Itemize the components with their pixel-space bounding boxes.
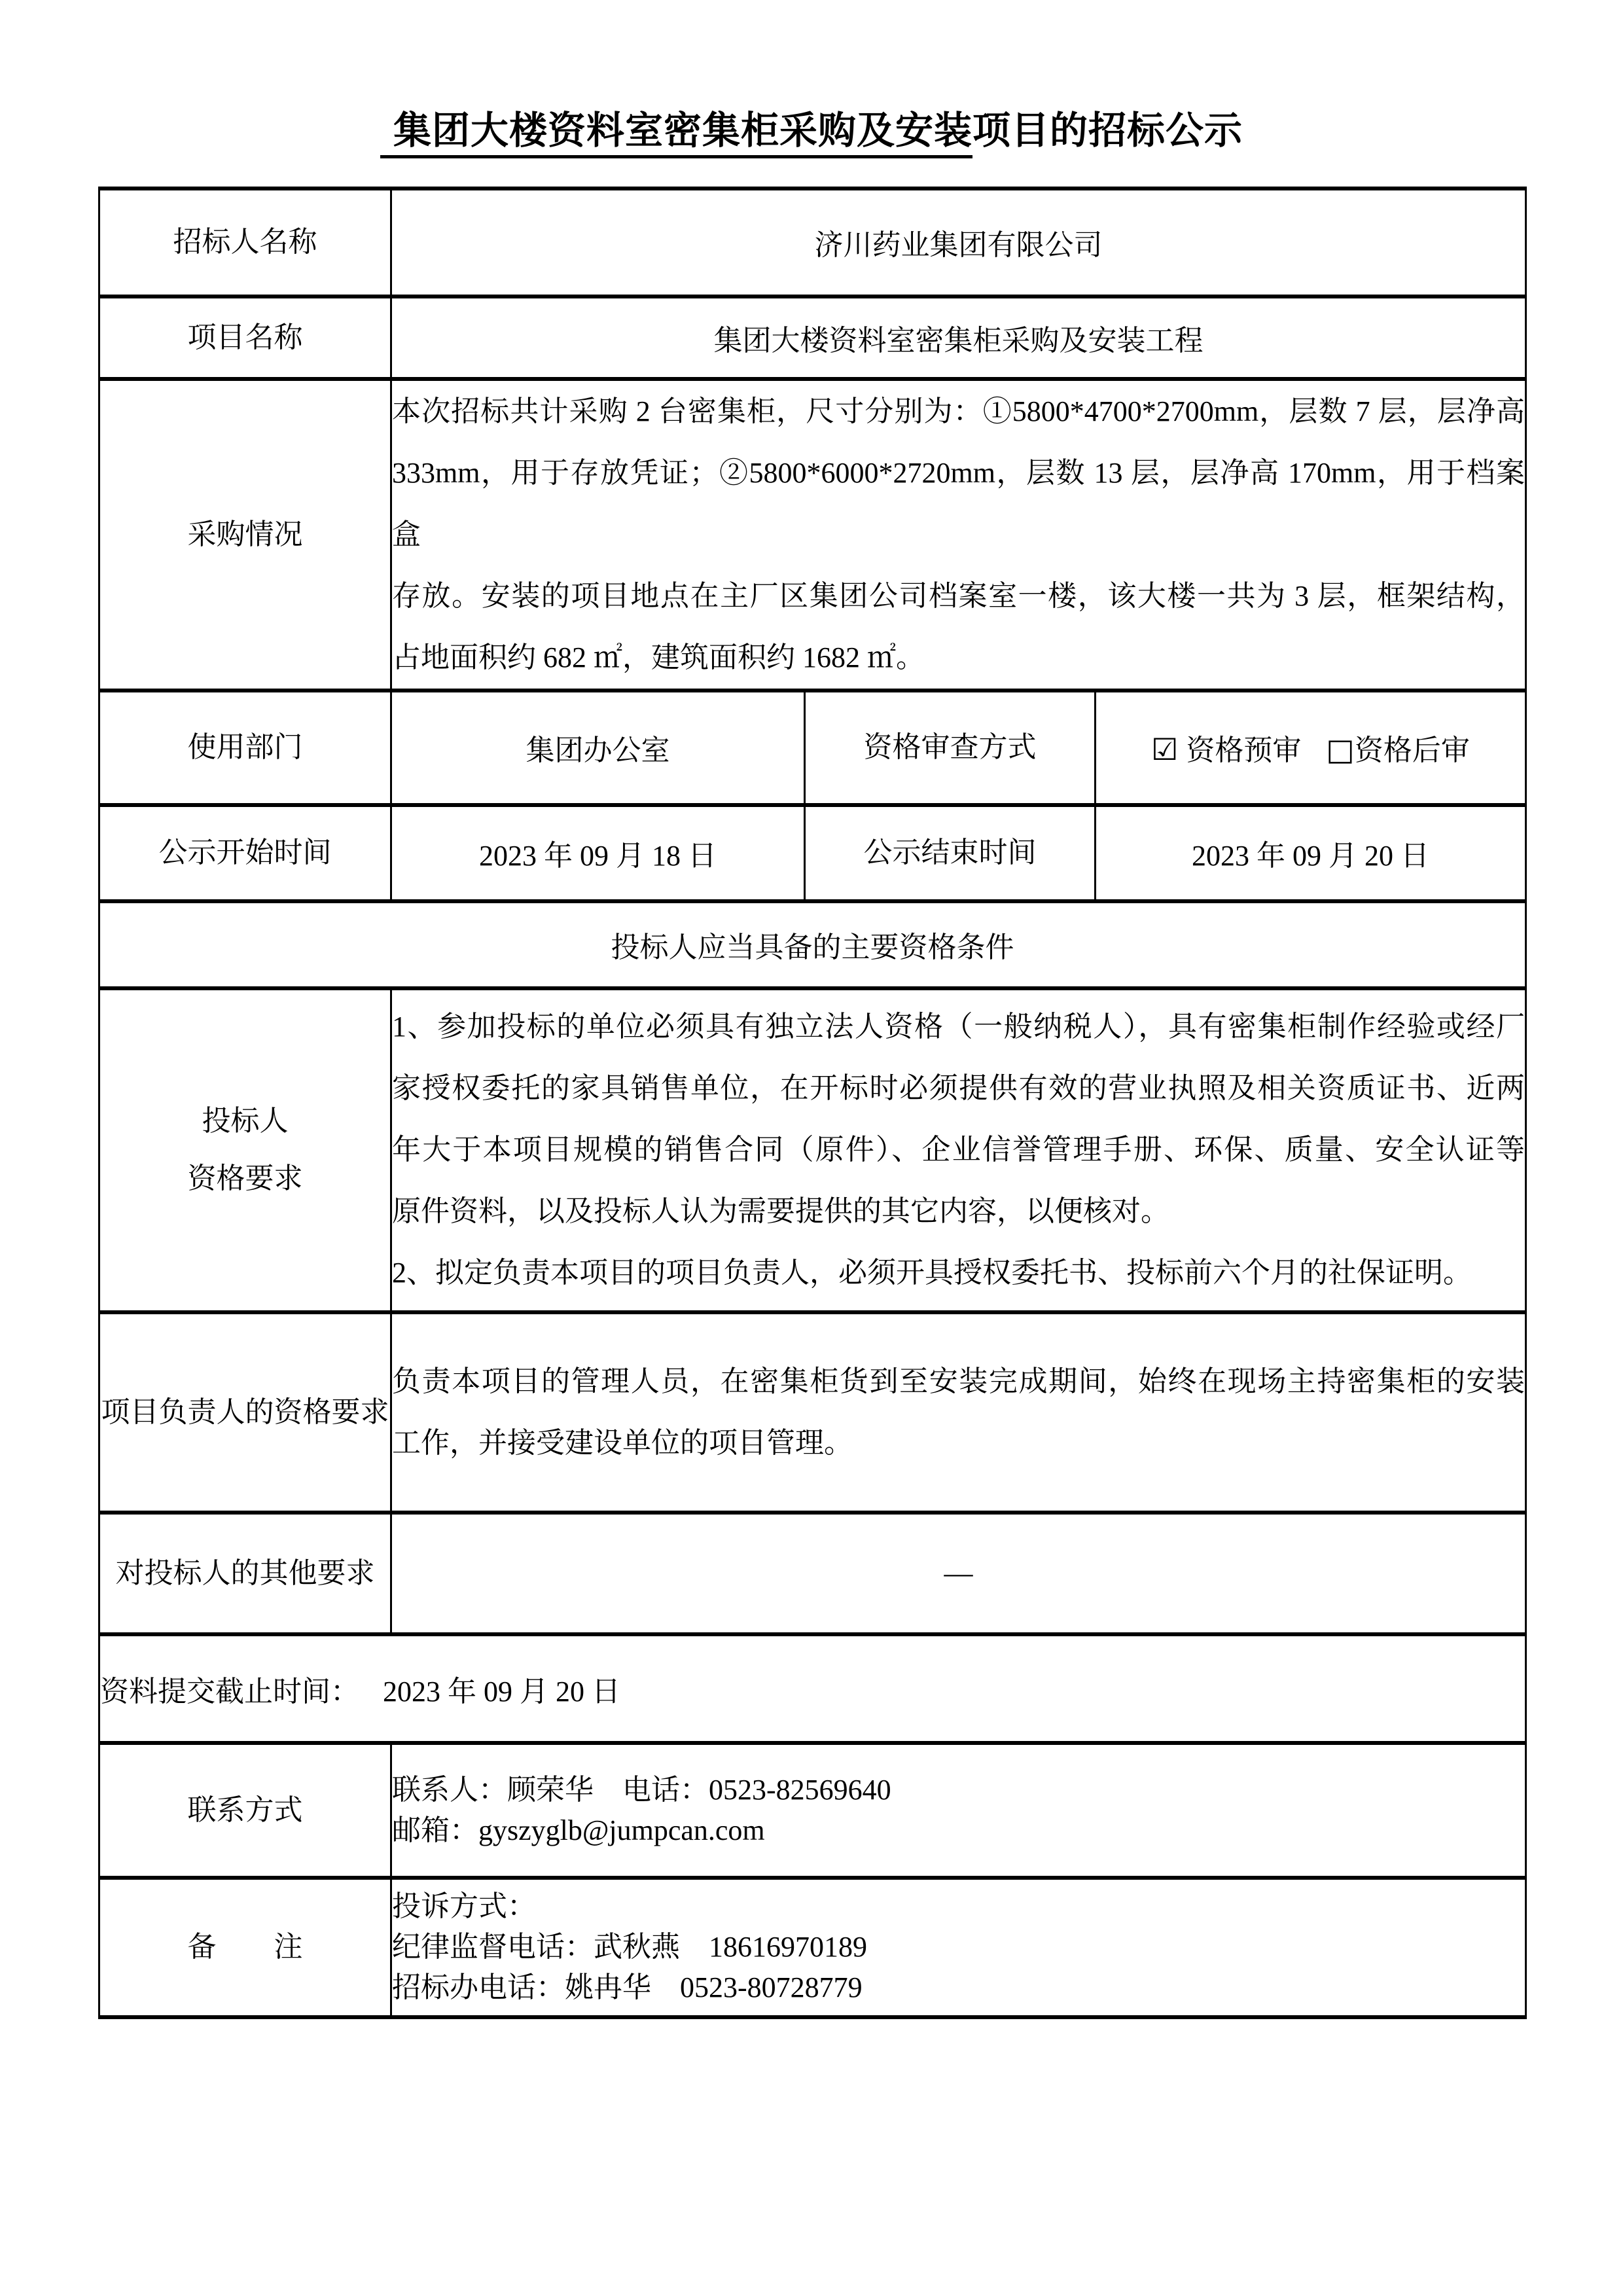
publicity-end-value: 2023 年 09 月 20 日 bbox=[1096, 805, 1526, 901]
manager-qualification-value: 负责本项目的管理人员，在密集柜货到至安装完成期间，始终在现场主持密集柜的安装 工… bbox=[391, 1312, 1526, 1513]
procurement-label: 采购情况 bbox=[99, 379, 391, 691]
title-rest-text: 项目的招标公示 bbox=[972, 109, 1243, 152]
bidder-qualification-line: 年大于本项目规模的销售合同（原件）、企业信誉管理手册、环保、质量、安全认证等 bbox=[392, 1119, 1525, 1181]
table-row-remarks: 备注 投诉方式： 纪律监督电话：武秋燕 18616970189 招标办电话：姚冉… bbox=[99, 1878, 1526, 2017]
publicity-end-label: 公示结束时间 bbox=[805, 805, 1096, 901]
document-page: 集团大楼资料室密集柜采购及安装项目的招标公示 招标人名称 济川药业集团有限公司 … bbox=[0, 0, 1623, 2296]
table-row-department: 使用部门 集团办公室 资格审查方式 ☑资格预审□资格后审 bbox=[99, 691, 1526, 805]
bidder-qualification-line: 原件资料，以及投标人认为需要提供的其它内容，以便核对。 bbox=[392, 1181, 1525, 1242]
bidder-qualification-line: 2、拟定负责本项目的项目负责人，必须开具授权委托书、投标前六个月的社保证明。 bbox=[392, 1242, 1525, 1304]
title-underlined-text: 集团大楼资料室密集柜采购及安装 bbox=[380, 109, 972, 158]
bidder-qualification-label-line2: 资格要求 bbox=[100, 1150, 390, 1208]
manager-qualification-line: 负责本项目的管理人员，在密集柜货到至安装完成期间，始终在现场主持密集柜的安装 bbox=[392, 1351, 1525, 1412]
tender-table: 招标人名称 济川药业集团有限公司 项目名称 集团大楼资料室密集柜采购及安装工程 … bbox=[98, 187, 1527, 2019]
other-requirements-value: — bbox=[391, 1513, 1526, 1634]
page-title: 集团大楼资料室密集柜采购及安装项目的招标公示 bbox=[0, 0, 1623, 154]
review-prequalification-label: 资格预审 bbox=[1186, 734, 1301, 766]
table-row-bidder: 招标人名称 济川药业集团有限公司 bbox=[99, 188, 1526, 296]
review-method-value: ☑资格预审□资格后审 bbox=[1096, 691, 1526, 805]
department-label: 使用部门 bbox=[99, 691, 391, 805]
table-row-other-requirements: 对投标人的其他要求 — bbox=[99, 1513, 1526, 1634]
project-label: 项目名称 bbox=[99, 296, 391, 379]
deadline-label: 资料提交截止时间： bbox=[100, 1676, 359, 1708]
contact-label: 联系方式 bbox=[99, 1743, 391, 1878]
remarks-line: 投诉方式： bbox=[392, 1886, 1525, 1927]
checkbox-checked-icon: ☑ bbox=[1151, 732, 1178, 767]
remarks-line: 招标办电话：姚冉华 0523-80728779 bbox=[392, 1967, 1525, 2008]
remarks-label: 备注 bbox=[99, 1878, 391, 2017]
table-row-publicity-dates: 公示开始时间 2023 年 09 月 18 日 公示结束时间 2023 年 09… bbox=[99, 805, 1526, 901]
remarks-line: 纪律监督电话：武秋燕 18616970189 bbox=[392, 1927, 1525, 1967]
table-row-contact: 联系方式 联系人：顾荣华 电话：0523-82569640 邮箱：gyszygl… bbox=[99, 1743, 1526, 1878]
table-row-qualification-header: 投标人应当具备的主要资格条件 bbox=[99, 901, 1526, 988]
procurement-line: 本次招标共计采购 2 台密集柜，尺寸分别为：①5800*4700*2700mm，… bbox=[392, 381, 1525, 442]
contact-line: 联系人：顾荣华 电话：0523-82569640 bbox=[392, 1770, 1525, 1810]
review-method-label: 资格审查方式 bbox=[805, 691, 1096, 805]
other-requirements-label: 对投标人的其他要求 bbox=[99, 1513, 391, 1634]
publicity-start-label: 公示开始时间 bbox=[99, 805, 391, 901]
procurement-value: 本次招标共计采购 2 台密集柜，尺寸分别为：①5800*4700*2700mm，… bbox=[391, 379, 1526, 691]
deadline-value: 2023 年 09 月 20 日 bbox=[383, 1676, 620, 1708]
bidder-qualification-line: 家授权委托的家具销售单位，在开标时必须提供有效的营业执照及相关资质证书、近两 bbox=[392, 1058, 1525, 1119]
deadline-cell: 资料提交截止时间：2023 年 09 月 20 日 bbox=[99, 1634, 1526, 1743]
bidder-qualification-line: 1、参加投标的单位必须具有独立法人资格（一般纳税人），具有密集柜制作经验或经厂 bbox=[392, 996, 1525, 1058]
table-row-bidder-qualification: 投标人 资格要求 1、参加投标的单位必须具有独立法人资格（一般纳税人），具有密集… bbox=[99, 988, 1526, 1312]
table-row-manager-qualification: 项目负责人的资格要求 负责本项目的管理人员，在密集柜货到至安装完成期间，始终在现… bbox=[99, 1312, 1526, 1513]
review-postqualification-label: 资格后审 bbox=[1355, 734, 1470, 766]
contact-line: 邮箱：gyszyglb@jumpcan.com bbox=[392, 1810, 1525, 1851]
remarks-label-text: 备注 bbox=[188, 1926, 303, 1969]
remarks-value: 投诉方式： 纪律监督电话：武秋燕 18616970189 招标办电话：姚冉华 0… bbox=[391, 1878, 1526, 2017]
table-row-deadline: 资料提交截止时间：2023 年 09 月 20 日 bbox=[99, 1634, 1526, 1743]
bidder-qualification-label-line1: 投标人 bbox=[100, 1092, 390, 1150]
bidder-value: 济川药业集团有限公司 bbox=[391, 188, 1526, 296]
table-row-project: 项目名称 集团大楼资料室密集柜采购及安装工程 bbox=[99, 296, 1526, 379]
project-value: 集团大楼资料室密集柜采购及安装工程 bbox=[391, 296, 1526, 379]
procurement-line: 存放。安装的项目地点在主厂区集团公司档案室一楼，该大楼一共为 3 层，框架结构， bbox=[392, 565, 1525, 627]
procurement-line: 占地面积约 682 ㎡，建筑面积约 1682 ㎡。 bbox=[392, 627, 1525, 689]
publicity-start-value: 2023 年 09 月 18 日 bbox=[391, 805, 805, 901]
qualification-header: 投标人应当具备的主要资格条件 bbox=[99, 901, 1526, 988]
manager-qualification-label: 项目负责人的资格要求 bbox=[99, 1312, 391, 1513]
contact-value: 联系人：顾荣华 电话：0523-82569640 邮箱：gyszyglb@jum… bbox=[391, 1743, 1526, 1878]
bidder-qualification-value: 1、参加投标的单位必须具有独立法人资格（一般纳税人），具有密集柜制作经验或经厂 … bbox=[391, 988, 1526, 1312]
bidder-qualification-label: 投标人 资格要求 bbox=[99, 988, 391, 1312]
bidder-label: 招标人名称 bbox=[99, 188, 391, 296]
department-value: 集团办公室 bbox=[391, 691, 805, 805]
table-row-procurement: 采购情况 本次招标共计采购 2 台密集柜，尺寸分别为：①5800*4700*27… bbox=[99, 379, 1526, 691]
manager-qualification-line: 工作，并接受建设单位的项目管理。 bbox=[392, 1412, 1525, 1474]
procurement-line: 333mm，用于存放凭证；②5800*6000*2720mm，层数 13 层，层… bbox=[392, 442, 1525, 565]
checkbox-unchecked-icon: □ bbox=[1326, 732, 1354, 767]
